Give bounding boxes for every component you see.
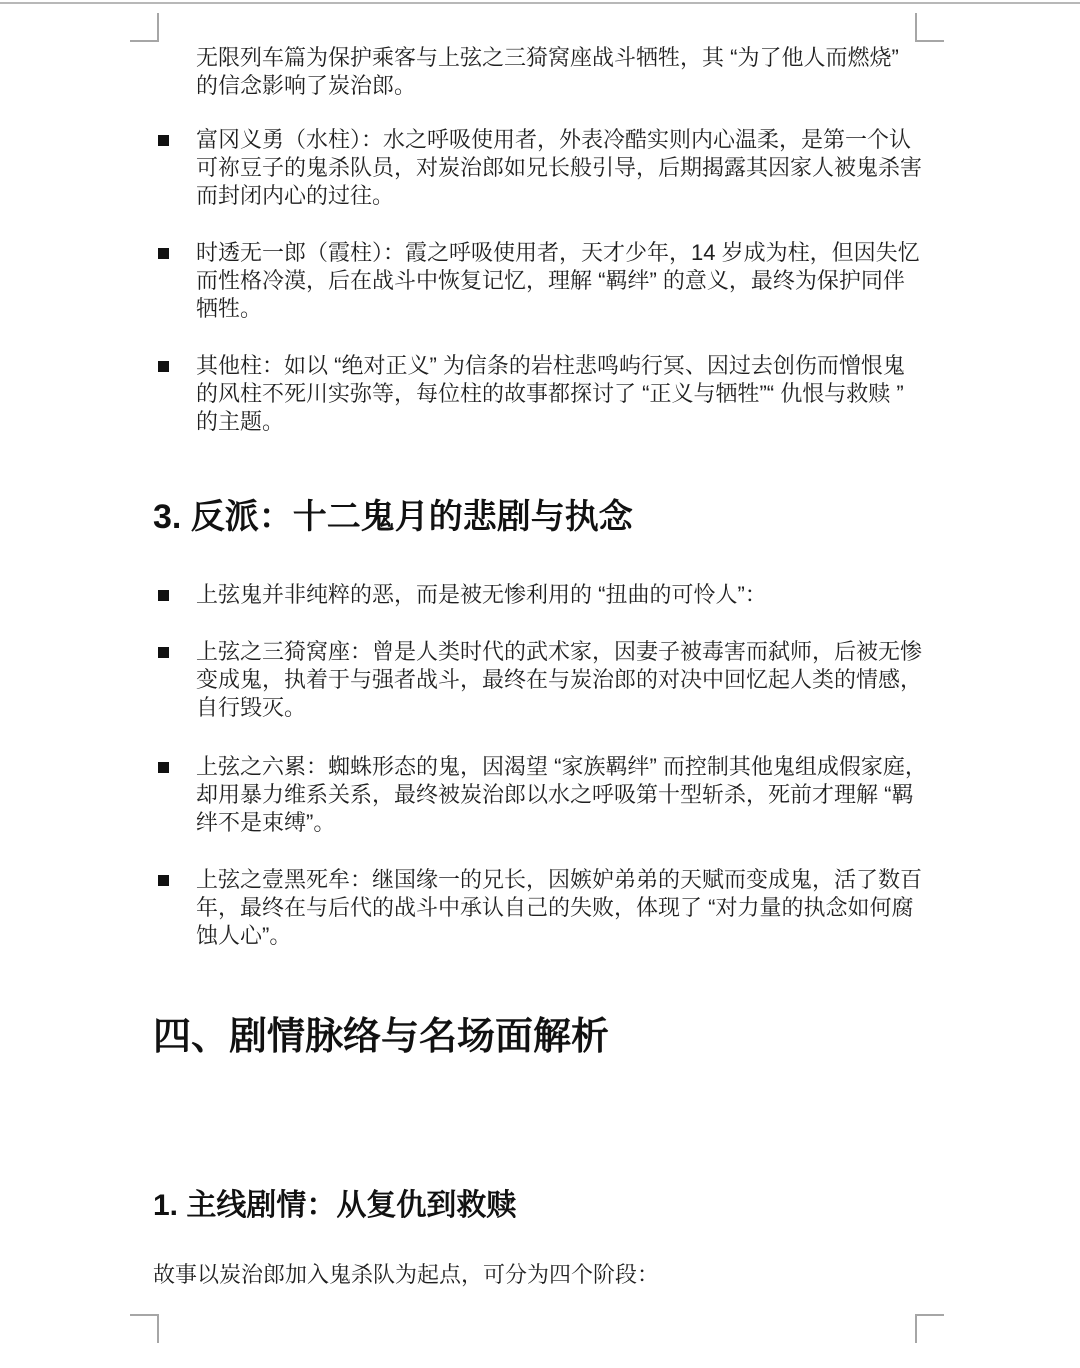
text-boundary-mark-top-left-icon (130, 13, 159, 42)
bullet-square-icon (158, 590, 169, 601)
bullet-square-icon (158, 875, 169, 886)
list-item-upper-moons-intro: 上弦鬼并非纯粹的恶，而是被无惨利用的 “扭曲的可怜人”： (153, 581, 973, 609)
list-item-text: 上弦鬼并非纯粹的恶，而是被无惨利用的 “扭曲的可怜人”： (196, 581, 973, 609)
page-top-edge (0, 2, 1080, 4)
text-boundary-mark-bottom-right-icon (915, 1314, 944, 1343)
list-item-kokushibo: 上弦之壹黑死牟：继国缘一的兄长，因嫉妒弟弟的天赋而变成鬼，活了数百 年，最终在与… (153, 866, 973, 950)
text-boundary-mark-bottom-left-icon (130, 1314, 159, 1343)
document-page: 无限列车篇为保护乘客与上弦之三猗窝座战斗牺牲，其 “为了他人而燃烧” 的信念影响… (0, 0, 1080, 1368)
list-item-text: 时透无一郎（霞柱）：霞之呼吸使用者，天才少年，14 岁成为柱，但因失忆 而性格冷… (196, 239, 973, 323)
list-item-text: 其他柱：如以 “绝对正义” 为信条的岩柱悲鸣屿行冥、因过去创伤而憎恨鬼 的风柱不… (196, 352, 973, 436)
list-item-text: 上弦之三猗窝座：曾是人类时代的武术家，因妻子被毒害而弑师，后被无惨 变成鬼，执着… (196, 638, 973, 722)
list-item-text: 上弦之六累：蜘蛛形态的鬼，因渴望 “家族羁绊” 而控制其他鬼组成假家庭， 却用暴… (196, 753, 973, 837)
list-item-akaza: 上弦之三猗窝座：曾是人类时代的武术家，因妻子被毒害而弑师，后被无惨 变成鬼，执着… (153, 638, 973, 722)
bullet-square-icon (158, 135, 169, 146)
paragraph-rengoku-continuation: 无限列车篇为保护乘客与上弦之三猗窝座战斗牺牲，其 “为了他人而燃烧” 的信念影响… (196, 44, 899, 100)
list-item-other-pillars: 其他柱：如以 “绝对正义” 为信条的岩柱悲鸣屿行冥、因过去创伤而憎恨鬼 的风柱不… (153, 352, 973, 436)
bullet-square-icon (158, 361, 169, 372)
bullet-square-icon (158, 647, 169, 658)
heading-section3-villains: 3. 反派：十二鬼月的悲剧与执念 (153, 495, 633, 539)
text-boundary-mark-top-right-icon (915, 13, 944, 42)
list-item-text: 上弦之壹黑死牟：继国缘一的兄长，因嫉妒弟弟的天赋而变成鬼，活了数百 年，最终在与… (196, 866, 973, 950)
bullet-square-icon (158, 762, 169, 773)
heading-main-storyline: 1. 主线剧情：从复仇到救赎 (153, 1186, 516, 1226)
paragraph-four-stages: 故事以炭治郎加入鬼杀队为起点，可分为四个阶段： (153, 1261, 659, 1289)
heading-chapter4-plot: 四、剧情脉络与名场面解析 (153, 1013, 609, 1061)
list-item-rui: 上弦之六累：蜘蛛形态的鬼，因渴望 “家族羁绊” 而控制其他鬼组成假家庭， 却用暴… (153, 753, 973, 837)
bullet-square-icon (158, 248, 169, 259)
list-item-muichiro: 时透无一郎（霞柱）：霞之呼吸使用者，天才少年，14 岁成为柱，但因失忆 而性格冷… (153, 239, 973, 323)
list-item-text: 富冈义勇（水柱）：水之呼吸使用者，外表冷酷实则内心温柔，是第一个认 可祢豆子的鬼… (196, 126, 973, 210)
list-item-giyu: 富冈义勇（水柱）：水之呼吸使用者，外表冷酷实则内心温柔，是第一个认 可祢豆子的鬼… (153, 126, 973, 210)
